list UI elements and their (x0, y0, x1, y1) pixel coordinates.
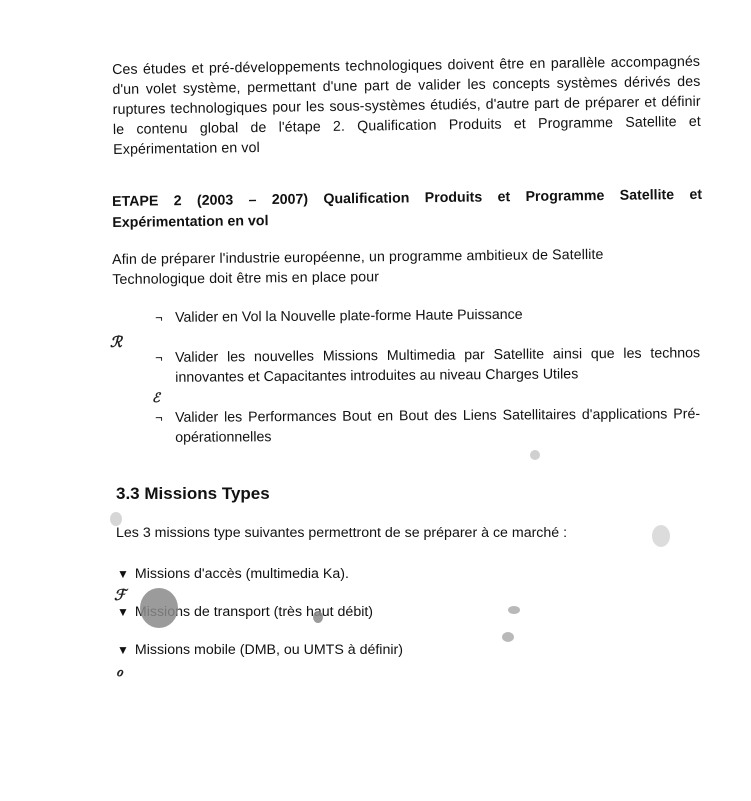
stage-2-heading: ETAPE 2 (2003 – 2007) Qualification Prod… (112, 185, 702, 234)
mission-item: ▼Missions mobile (DMB, ou UMTS à définir… (117, 642, 403, 658)
scan-blot (313, 611, 323, 623)
scan-blot (652, 525, 670, 547)
missions-intro: Les 3 missions type suivantes permettron… (116, 525, 567, 541)
list-item: ¬ Valider en Vol la Nouvelle plate-forme… (155, 303, 700, 328)
bullet-icon: ¬ (155, 408, 163, 428)
scan-blot (140, 588, 178, 628)
stage-2-paragraph: Afin de préparer l'industrie européenne,… (112, 244, 672, 290)
scan-blot (110, 512, 122, 526)
triangle-bullet-icon: ▼ (117, 567, 129, 581)
section-title: 3.3 Missions Types (116, 484, 270, 504)
margin-mark-icon: ℴ (116, 662, 123, 680)
scan-blot (502, 632, 514, 642)
scan-blot (508, 606, 520, 614)
scanned-page: Ces études et pré-développements technol… (0, 0, 751, 801)
margin-mark-icon: ℰ (152, 390, 160, 406)
list-item: ¬ Valider les nouvelles Missions Multime… (155, 343, 700, 388)
triangle-bullet-icon: ▼ (117, 605, 129, 619)
list-item: ¬ Valider les Performances Bout en Bout … (155, 404, 700, 448)
margin-mark-icon: ℱ (114, 586, 126, 604)
mission-item: ▼Missions d'accès (multimedia Ka). (117, 566, 349, 582)
bullet-icon: ¬ (155, 308, 163, 328)
margin-mark-icon: ℛ (110, 333, 122, 351)
objectives-list: ¬ Valider en Vol la Nouvelle plate-forme… (155, 308, 700, 448)
bullet-icon: ¬ (155, 348, 163, 368)
triangle-bullet-icon: ▼ (117, 643, 129, 657)
scan-blot (530, 450, 540, 460)
intro-paragraph: Ces études et pré-développements technol… (112, 52, 701, 160)
